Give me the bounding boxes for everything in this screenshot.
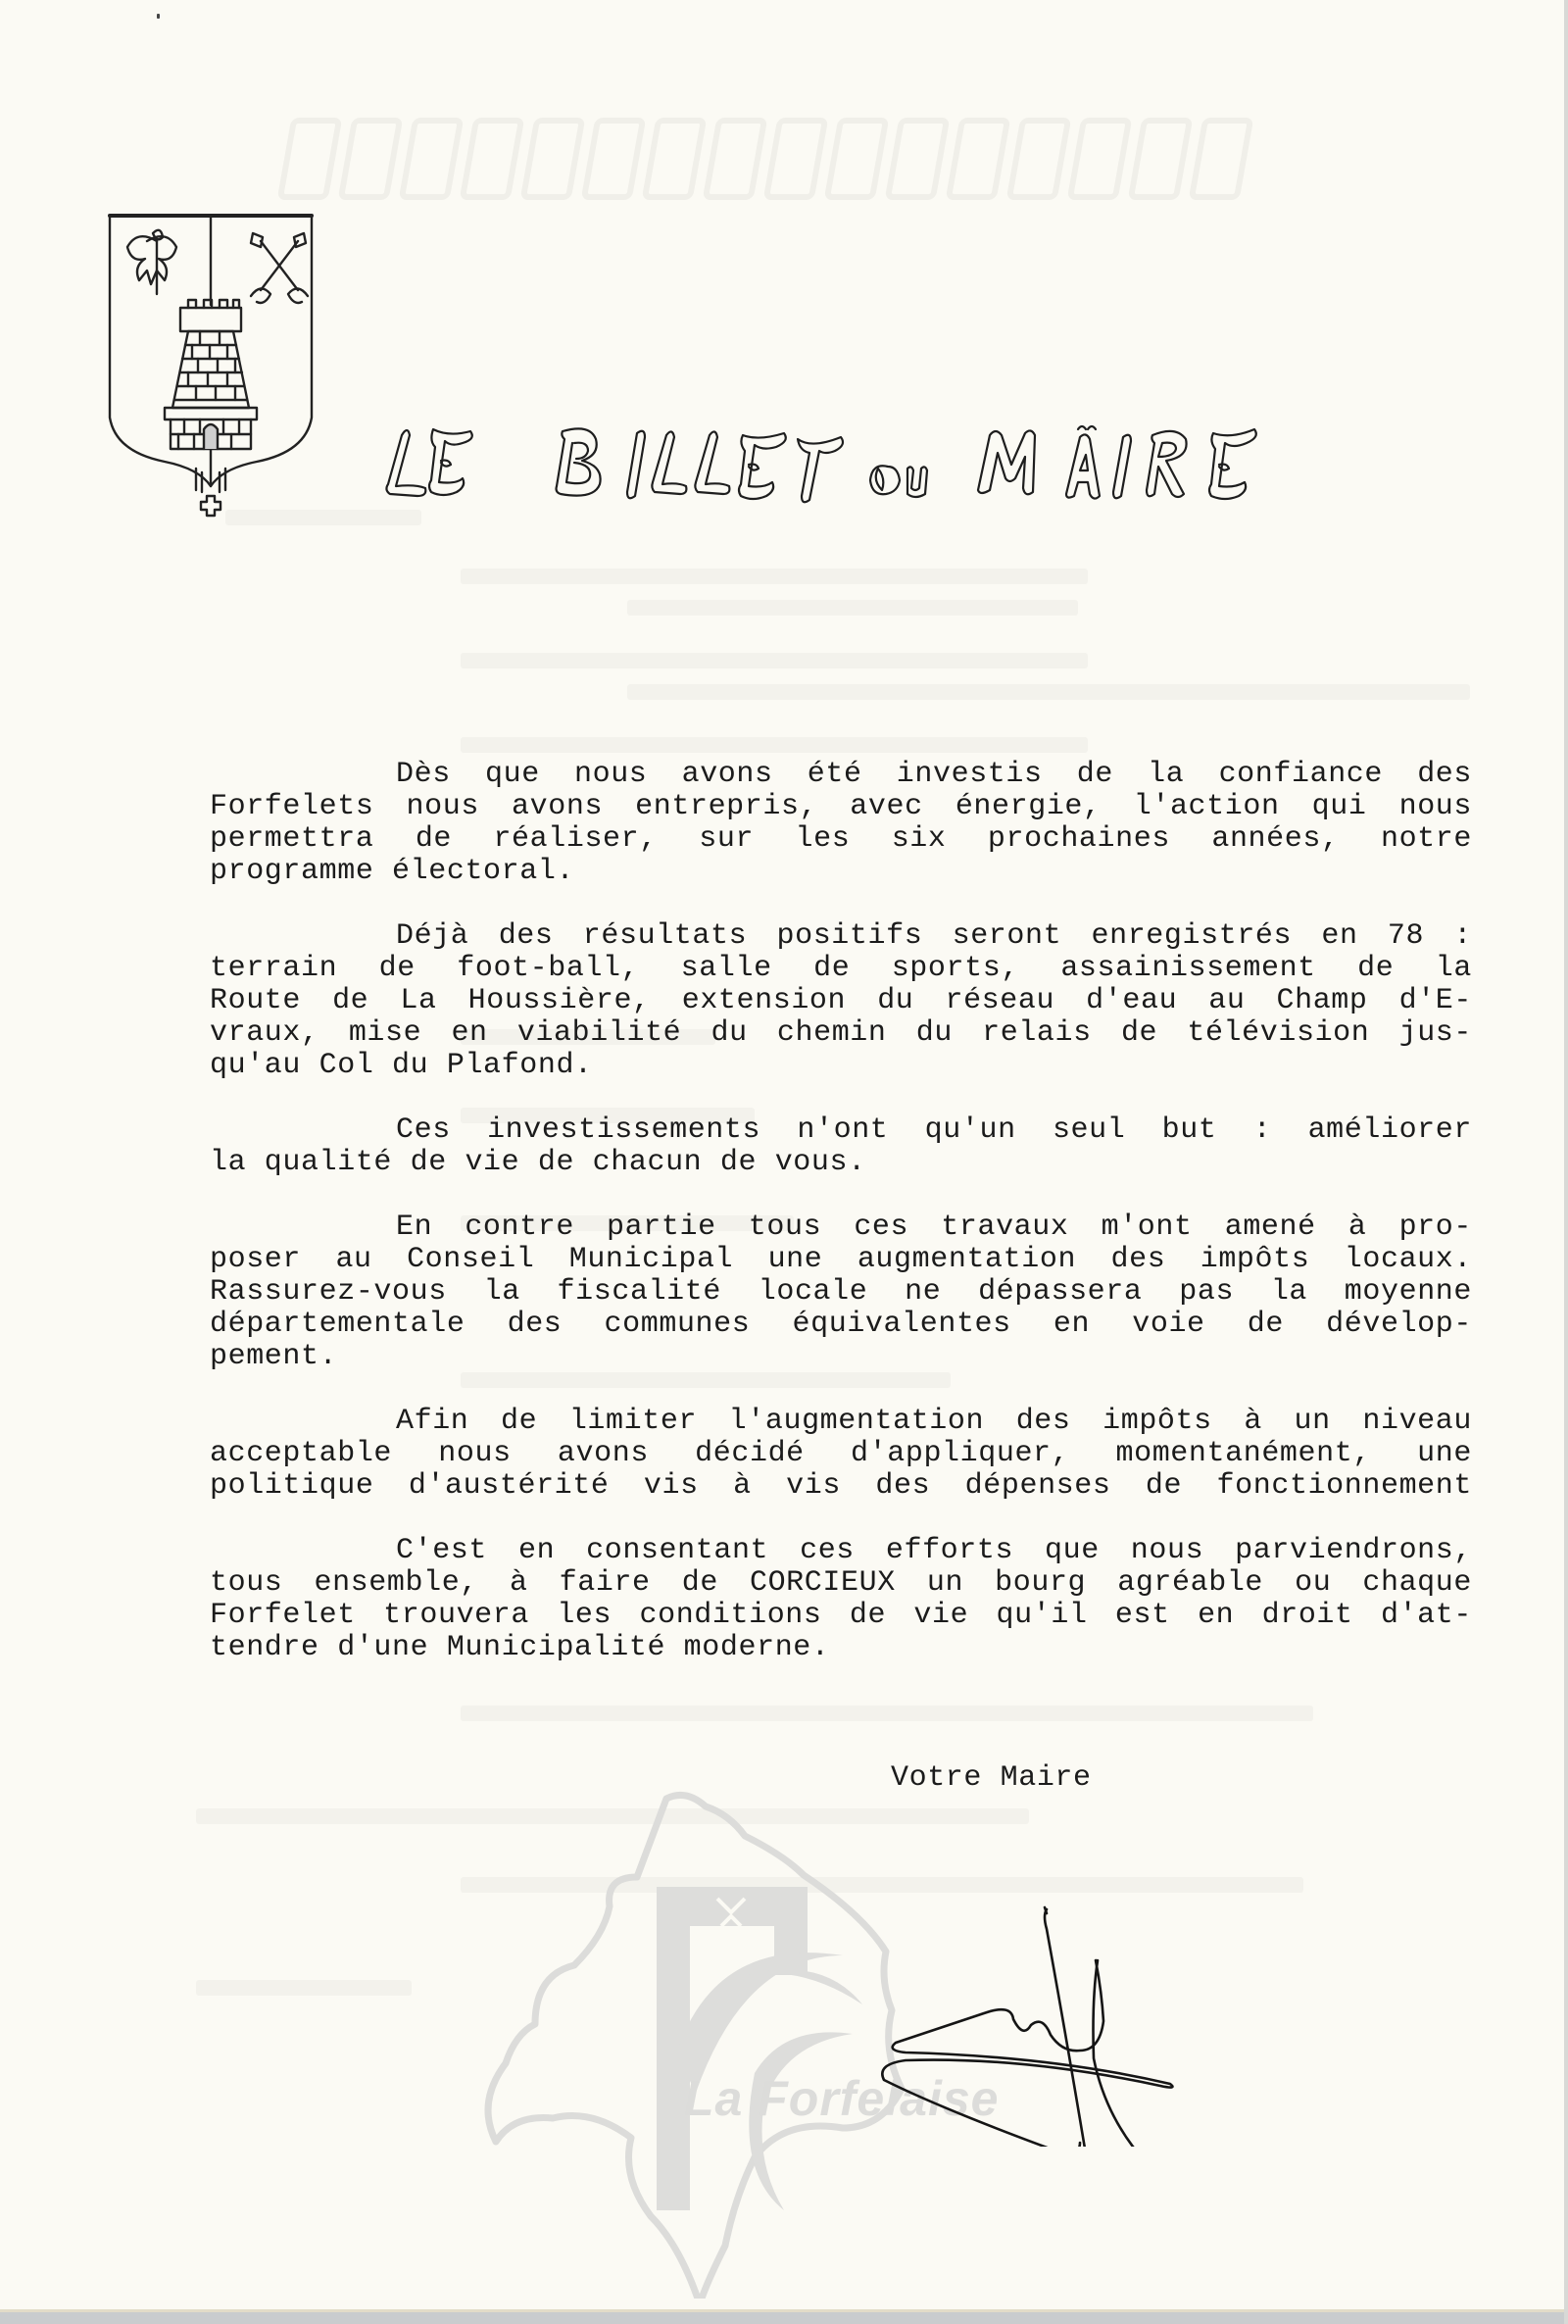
paragraph-1: Dès que nous avons été investis de la co… (210, 759, 1472, 888)
paragraph-4: En contre partie tous ces travaux m'ont … (210, 1211, 1472, 1373)
bleed-through-heading (284, 118, 1382, 206)
text-line: pement. (210, 1341, 1472, 1373)
text-line: Déjà des résultats positifs seront enreg… (210, 920, 1472, 953)
text-line: la qualité de vie de chacun de vous. (210, 1147, 1472, 1179)
document-page: LE BILLET du MAIRE (0, 0, 1564, 2312)
paragraph-2: Déjà des résultats positifs seront enreg… (210, 920, 1472, 1082)
text-line: C'est en consentant ces efforts que nous… (210, 1535, 1472, 1567)
text-line: En contre partie tous ces travaux m'ont … (210, 1211, 1472, 1244)
text-line: politique d'austérité vis à vis des dépe… (210, 1470, 1472, 1503)
text-line: Forfelets nous avons entrepris, avec éne… (210, 791, 1472, 823)
text-line: vraux, mise en viabilité du chemin du re… (210, 1017, 1472, 1050)
text-line: programme électoral. (210, 856, 1472, 888)
text-line: Dès que nous avons été investis de la co… (210, 759, 1472, 791)
text-line: Forfelet trouvera les conditions de vie … (210, 1600, 1472, 1632)
paragraph-6: C'est en consentant ces efforts que nous… (210, 1535, 1472, 1664)
text-line: terrain de foot-ball, salle de sports, a… (210, 953, 1472, 985)
paragraph-3: Ces investissements n'ont qu'un seul but… (210, 1114, 1472, 1179)
signature-mark (823, 1902, 1294, 2147)
text-line: Afin de limiter l'augmentation des impôt… (210, 1406, 1472, 1438)
signoff-text: Votre Maire (891, 1761, 1092, 1795)
text-line: tendre d'une Municipalité moderne. (210, 1632, 1472, 1664)
text-line: poser au Conseil Municipal une augmentat… (210, 1244, 1472, 1276)
page-edge (1564, 0, 1568, 2324)
text-line: départementale des communes équivalentes… (210, 1309, 1472, 1341)
text-line: Ces investissements n'ont qu'un seul but… (210, 1114, 1472, 1147)
page-title: LE BILLET du MAIRE (380, 412, 1360, 510)
paragraph-5: Afin de limiter l'augmentation des impôt… (210, 1406, 1472, 1503)
text-line: Rassurez-vous la fiscalité locale ne dép… (210, 1276, 1472, 1309)
text-line: acceptable nous avons décidé d'appliquer… (210, 1438, 1472, 1470)
paper-speck (157, 14, 160, 19)
coat-of-arms-icon (106, 212, 317, 523)
letter-body: Dès que nous avons été investis de la co… (210, 759, 1472, 1697)
text-line: qu'au Col du Plafond. (210, 1050, 1472, 1082)
text-line: Route de La Houssière, extension du rése… (210, 985, 1472, 1017)
text-line: tous ensemble, à faire de CORCIEUX un bo… (210, 1567, 1472, 1600)
text-line: permettra de réaliser, sur les six proch… (210, 823, 1472, 856)
